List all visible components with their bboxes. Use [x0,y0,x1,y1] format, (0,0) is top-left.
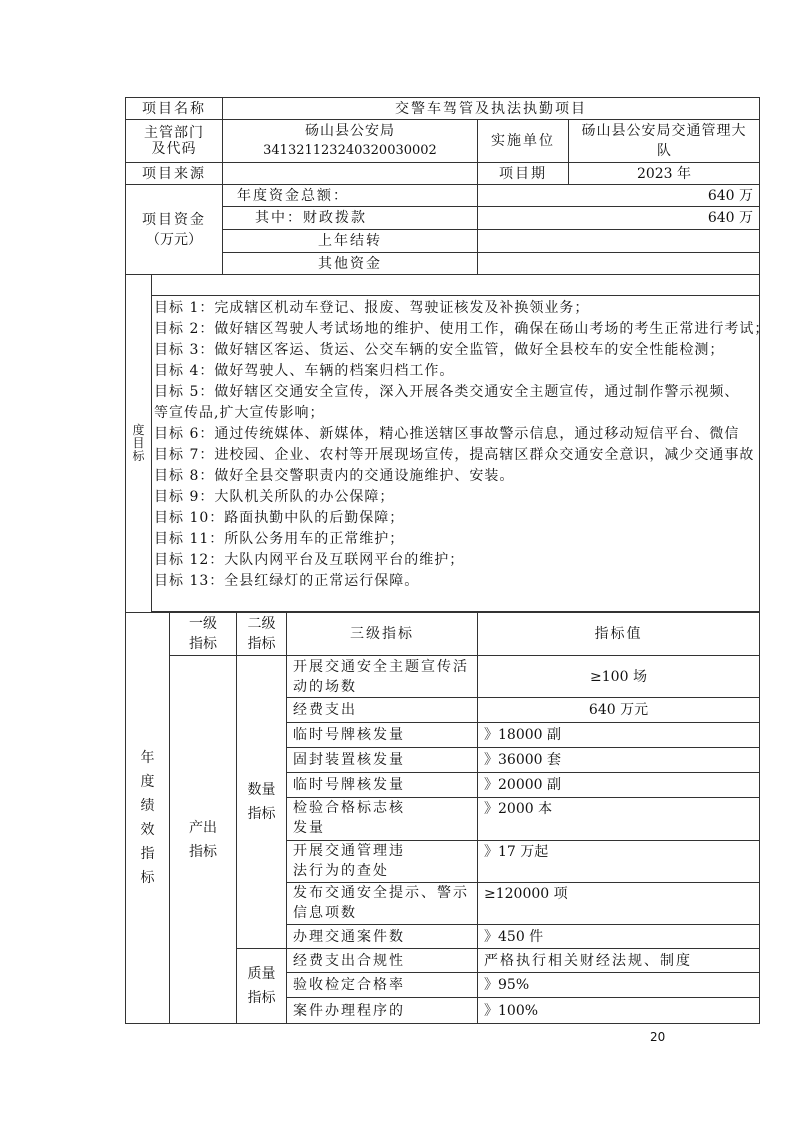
indicator-name: 案件办理程序的 [286,997,478,1024]
goals-side-char-3: 标 [132,450,144,463]
indicator-name-line1: 开展交通管理违 [293,841,405,861]
period-value: 2023 年 [568,162,760,185]
header-level2: 二级 指标 [236,612,287,656]
indicators-side-char: 标 [141,866,155,890]
dept-name: 砀山县公安局 [305,121,395,141]
indicator-value: 》17 万起 [477,840,760,883]
goal-item: 目标 10：路面执勤中队的后勤保障； [154,508,759,529]
indicator-name: 验收检定合格率 [286,972,478,998]
goals-list: 目标 1：完成辖区机动车登记、报废、驾驶证核发及补换领业务； 目标 2：做好辖区… [151,295,760,612]
header-level2-line2: 指标 [248,634,276,654]
indicator-value: 严格执行相关财经法规、制度 [477,948,760,973]
goal-item: 目标 5：做好辖区交通安全宣传，深入开展各类交通安全主题宣传，通过制作警示视频、 [154,382,759,403]
dept-code: 341321123240320030002 [263,141,437,161]
indicator-name: 检验合格标志核 发量 [286,797,478,841]
level1-output: 产出 指标 [169,655,237,1024]
impl-unit-value: 砀山县公安局交通管理大 队 [568,119,760,163]
indicator-value: 》450 件 [477,924,760,949]
source-label: 项目来源 [125,162,223,185]
indicator-name: 办理交通案件数 [286,924,478,949]
indicator-name: 开展交通管理违 法行为的查处 [286,840,478,883]
indicator-value: 》95% [477,972,760,998]
indicator-name: 临时号牌核发量 [286,772,478,798]
indicator-name: 临时号牌核发量 [286,722,478,748]
level2-quantity: 数量 指标 [236,655,287,949]
goal-item: 目标 11：所队公务用车的正常维护； [154,529,759,550]
header-level1: 一级 指标 [169,612,237,656]
indicators-side-char: 绩 [141,794,155,818]
indicator-name: 发布交通安全提示、警示 信息项数 [286,882,478,925]
goal-item: 目标 6：通过传统媒体、新媒体，精心推送辖区事故警示信息，通过移动短信平台、微信 [154,424,759,445]
goals-empty-row [151,274,760,296]
indicator-name-line2: 法行为的查处 [293,861,389,881]
level2-quantity-line1: 数量 [248,778,276,802]
funding-label: 项目资金 （万元） [125,184,223,275]
indicators-side-char: 指 [141,842,155,866]
goal-item: 目标 2：做好辖区驾驶人考试场地的维护、使用工作，确保在砀山考场的考生正常进行考… [154,319,759,340]
document-page: 项目名称 交警车驾管及执法执勤项目 主管部门 及代码 砀山县公安局 341321… [0,0,793,1122]
indicators-side-char: 度 [141,770,155,794]
dept-label-line1: 主管部门 [144,125,204,141]
goal-item: 等宣传品,扩大宣传影响； [154,403,759,424]
indicator-value: 》100% [477,997,760,1024]
source-value [222,162,478,185]
dept-label: 主管部门 及代码 [125,119,223,163]
level2-quantity-line2: 指标 [248,802,276,826]
funding-fiscal-value: 640 万 [477,206,760,230]
funding-total-label: 年度资金总额： [222,184,478,207]
goal-item: 目标 13：全县红绿灯的正常运行保障。 [154,571,759,592]
funding-label-line2: （万元） [146,230,202,250]
indicator-name: 固封装置核发量 [286,747,478,773]
indicator-value: 》2000 本 [477,797,760,841]
dept-value: 砀山县公安局 341321123240320030002 [222,119,478,163]
indicator-name: 经费支出合规性 [286,948,478,973]
project-name-label: 项目名称 [125,97,223,120]
level1-line1: 产出 [189,816,217,840]
impl-unit-line2: 队 [657,141,671,161]
indicator-name-line2: 信息项数 [293,903,357,923]
header-level1-line2: 指标 [189,634,217,654]
funding-fiscal-label: 其中：财政拨款 [222,206,478,230]
goal-item: 目标 1：完成辖区机动车登记、报废、驾驶证核发及补换领业务； [154,298,759,319]
funding-other-value [477,252,760,275]
goals-side-label: 度 目 标 [125,274,152,613]
level2-quality-line2: 指标 [248,986,276,1010]
indicator-value: ≥100 场 [477,655,760,698]
indicator-name-line1: 发布交通安全提示、警示 [293,883,469,903]
goal-item: 目标 4：做好驾驶人、车辆的档案归档工作。 [154,361,759,382]
indicator-name: 经费支出 [286,697,478,723]
indicator-value: 》20000 副 [477,772,760,798]
goal-item: 目标 8：做好全县交警职责内的交通设施维护、安装。 [154,466,759,487]
indicators-side-char: 年 [141,746,155,770]
goal-item: 目标 3：做好辖区客运、货运、公交车辆的安全监管，做好全县校车的安全性能检测； [154,340,759,361]
goal-item: 目标 12：大队内网平台及互联网平台的维护； [154,550,759,571]
indicator-value: 》36000 套 [477,747,760,773]
indicators-side-char: 效 [141,818,155,842]
indicator-value: 640 万元 [477,697,760,723]
indicator-value: 》18000 副 [477,722,760,748]
indicator-name-line2: 发量 [293,818,325,838]
level2-quality-line1: 质量 [248,962,276,986]
indicator-name-line1: 检验合格标志核 [293,798,405,818]
indicator-name-line1: 开展交通安全主题宣传活 [293,657,469,677]
header-level2-line1: 二级 [248,614,276,634]
level1-line2: 指标 [189,840,217,864]
header-level1-line1: 一级 [189,614,217,634]
funding-label-line1: 项目资金 [142,210,206,230]
header-level3: 三级指标 [286,612,478,656]
indicator-name-line2: 动的场数 [293,677,357,697]
impl-unit-line1: 砀山县公安局交通管理大 [582,121,747,141]
impl-unit-label: 实施单位 [477,119,569,163]
indicator-value: ≥120000 项 [477,882,760,925]
dept-label-line2: 及代码 [152,141,197,157]
indicator-name: 开展交通安全主题宣传活 动的场数 [286,655,478,698]
period-label: 项目期 [477,162,569,185]
project-name-value: 交警车驾管及执法执勤项目 [222,97,760,120]
header-value: 指标值 [477,612,760,656]
goal-item: 目标 9：大队机关所队的办公保障； [154,487,759,508]
indicators-side-label: 年 度 绩 效 指 标 [125,612,170,1024]
page-number: 20 [650,1030,665,1044]
funding-carryover-label: 上年结转 [222,229,478,253]
funding-total-value: 640 万 [477,184,760,207]
funding-other-label: 其他资金 [222,252,478,275]
goal-item: 目标 7：进校园、企业、农村等开展现场宣传，提高辖区群众交通安全意识，减少交通事… [154,445,759,466]
funding-carryover-value [477,229,760,253]
level2-quality: 质量 指标 [236,948,287,1024]
